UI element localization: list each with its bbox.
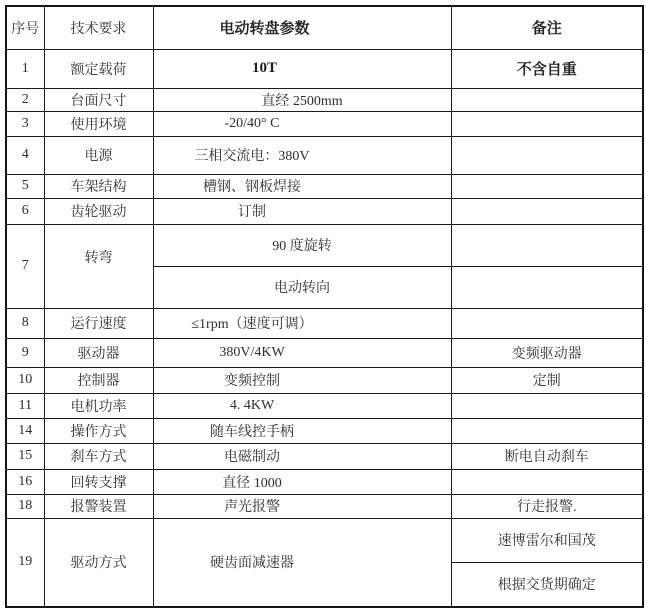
row-18-note: 行走报警. (451, 494, 643, 518)
row-18-index: 18 (6, 494, 44, 518)
row-16-param: 直径 1000 (153, 469, 451, 494)
row-6-requirement: 齿轮驱动 (44, 198, 153, 224)
row-19-param: 硬齿面减速器 (153, 518, 451, 607)
row-16-requirement: 回转支撑 (44, 469, 153, 494)
row-7-index: 7 (6, 224, 44, 308)
row-6: 6 齿轮驱动 订制 (6, 198, 643, 224)
row-14-param: 随车线控手柄 (153, 418, 451, 443)
spec-table: 序号 技术要求 电动转盘参数 备注 1 额定载荷 10T 不含自重 2 台面尺寸… (5, 5, 644, 608)
row-16: 16 回转支撑 直径 1000 (6, 469, 643, 494)
row-2-param: 直经 2500mm (153, 88, 451, 111)
row-8-param: ≤1rpm（速度可调） (153, 308, 451, 338)
header-no: 序号 (6, 6, 44, 49)
row-6-index: 6 (6, 198, 44, 224)
row-14-note (451, 418, 643, 443)
row-2: 2 台面尺寸 直经 2500mm (6, 88, 643, 111)
header-note: 备注 (451, 6, 643, 49)
row-16-note (451, 469, 643, 494)
row-9-note: 变频驱动器 (451, 338, 643, 367)
row-7a: 7 转弯 90 度旋转 (6, 224, 643, 266)
row-14-requirement: 操作方式 (44, 418, 153, 443)
row-11-requirement: 电机功率 (44, 393, 153, 418)
row-4: 4 电源 三相交流电：380V (6, 136, 643, 174)
row-3-param: -20/40° C (153, 111, 451, 136)
row-11-note (451, 393, 643, 418)
row-3-index: 3 (6, 111, 44, 136)
row-10: 10 控制器 变频控制 定制 (6, 367, 643, 393)
row-15: 15 刹车方式 电磁制动 断电自动刹车 (6, 443, 643, 469)
row-2-index: 2 (6, 88, 44, 111)
spec-document: 序号 技术要求 电动转盘参数 备注 1 额定载荷 10T 不含自重 2 台面尺寸… (5, 5, 644, 608)
row-10-note: 定制 (451, 367, 643, 393)
row-6-note (451, 198, 643, 224)
row-8: 8 运行速度 ≤1rpm（速度可调） (6, 308, 643, 338)
row-7-param-a: 90 度旋转 (153, 224, 451, 266)
row-9-param: 380V/4KW (153, 338, 451, 367)
row-3-requirement: 使用环境 (44, 111, 153, 136)
row-18-param: 声光报警 (153, 494, 451, 518)
row-14: 14 操作方式 随车线控手柄 (6, 418, 643, 443)
row-1-requirement: 额定载荷 (44, 49, 153, 88)
row-5-param: 槽钢、钢板焊接 (153, 174, 451, 198)
row-11-index: 11 (6, 393, 44, 418)
header-param: 电动转盘参数 (153, 6, 451, 49)
row-4-requirement: 电源 (44, 136, 153, 174)
row-9-index: 9 (6, 338, 44, 367)
row-10-index: 10 (6, 367, 44, 393)
row-9-requirement: 驱动器 (44, 338, 153, 367)
row-15-index: 15 (6, 443, 44, 469)
row-5: 5 车架结构 槽钢、钢板焊接 (6, 174, 643, 198)
row-19-note-b: 根据交货期确定 (451, 562, 643, 607)
row-15-note: 断电自动刹车 (451, 443, 643, 469)
row-7-note-b (451, 266, 643, 308)
row-11: 11 电机功率 4. 4KW (6, 393, 643, 418)
row-6-param: 订制 (153, 198, 451, 224)
row-18-requirement: 报警装置 (44, 494, 153, 518)
row-15-param: 电磁制动 (153, 443, 451, 469)
row-10-requirement: 控制器 (44, 367, 153, 393)
row-2-requirement: 台面尺寸 (44, 88, 153, 111)
row-1-index: 1 (6, 49, 44, 88)
row-8-note (451, 308, 643, 338)
row-3: 3 使用环境 -20/40° C (6, 111, 643, 136)
header-requirement: 技术要求 (44, 6, 153, 49)
row-19-requirement: 驱动方式 (44, 518, 153, 607)
row-4-param: 三相交流电：380V (153, 136, 451, 174)
row-7-param-b: 电动转向 (153, 266, 451, 308)
row-7-note-a (451, 224, 643, 266)
row-1-note: 不含自重 (451, 49, 643, 88)
row-10-param: 变频控制 (153, 367, 451, 393)
row-19-note-a: 速博雷尔和国茂 (451, 518, 643, 562)
row-2-note (451, 88, 643, 111)
row-8-requirement: 运行速度 (44, 308, 153, 338)
row-14-index: 14 (6, 418, 44, 443)
row-16-index: 16 (6, 469, 44, 494)
row-5-note (451, 174, 643, 198)
row-1-param: 10T (153, 49, 451, 88)
header-row: 序号 技术要求 电动转盘参数 备注 (6, 6, 643, 49)
row-9: 9 驱动器 380V/4KW 变频驱动器 (6, 338, 643, 367)
row-4-note (451, 136, 643, 174)
row-5-requirement: 车架结构 (44, 174, 153, 198)
row-7-requirement: 转弯 (44, 224, 153, 308)
row-1: 1 额定载荷 10T 不含自重 (6, 49, 643, 88)
row-5-index: 5 (6, 174, 44, 198)
row-11-param: 4. 4KW (153, 393, 451, 418)
row-18: 18 报警装置 声光报警 行走报警. (6, 494, 643, 518)
row-4-index: 4 (6, 136, 44, 174)
row-19-index: 19 (6, 518, 44, 607)
row-15-requirement: 刹车方式 (44, 443, 153, 469)
row-8-index: 8 (6, 308, 44, 338)
row-19a: 19 驱动方式 硬齿面减速器 速博雷尔和国茂 (6, 518, 643, 562)
row-3-note (451, 111, 643, 136)
